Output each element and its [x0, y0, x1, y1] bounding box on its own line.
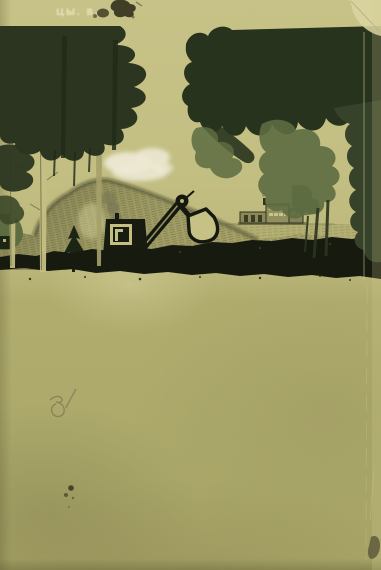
- cloud: [104, 148, 173, 181]
- left-edge-hut: [0, 214, 23, 250]
- paper-wear: [350, 0, 381, 570]
- bottom-right-smudge: [368, 536, 380, 559]
- tree-trunks: [2, 140, 102, 272]
- excavator: [78, 191, 218, 264]
- worn-corner: [350, 0, 381, 36]
- left-pine-trees: [0, 26, 146, 225]
- ink-blot: [93, 0, 142, 19]
- stain-spots: [64, 485, 74, 508]
- book-cover: ЦЫ. В.: [0, 0, 381, 570]
- factory-chimney: [263, 198, 266, 205]
- factory-buildings: [238, 193, 306, 225]
- excavator-cab: [103, 219, 148, 256]
- excavator-boom: [138, 203, 180, 253]
- stamp-text: ЦЫ. В.: [56, 8, 100, 18]
- worn-right-edge: [372, 0, 381, 570]
- hillside: [0, 180, 340, 270]
- excavator-pulley: [176, 195, 189, 208]
- factory-windows: [269, 207, 288, 216]
- excavator-window: [110, 224, 132, 245]
- pencil-scribble: [50, 389, 76, 416]
- excavator-smoke: [102, 191, 122, 223]
- cover-illustration: [0, 0, 381, 570]
- excavator-bucket: [188, 209, 218, 242]
- excavator-tracks: [98, 252, 153, 264]
- excavator-dipper: [180, 205, 196, 224]
- distant-field: [222, 224, 362, 244]
- right-leafy-trees: [182, 26, 381, 262]
- fir-sapling: [60, 225, 89, 272]
- foreground-field: [0, 237, 381, 281]
